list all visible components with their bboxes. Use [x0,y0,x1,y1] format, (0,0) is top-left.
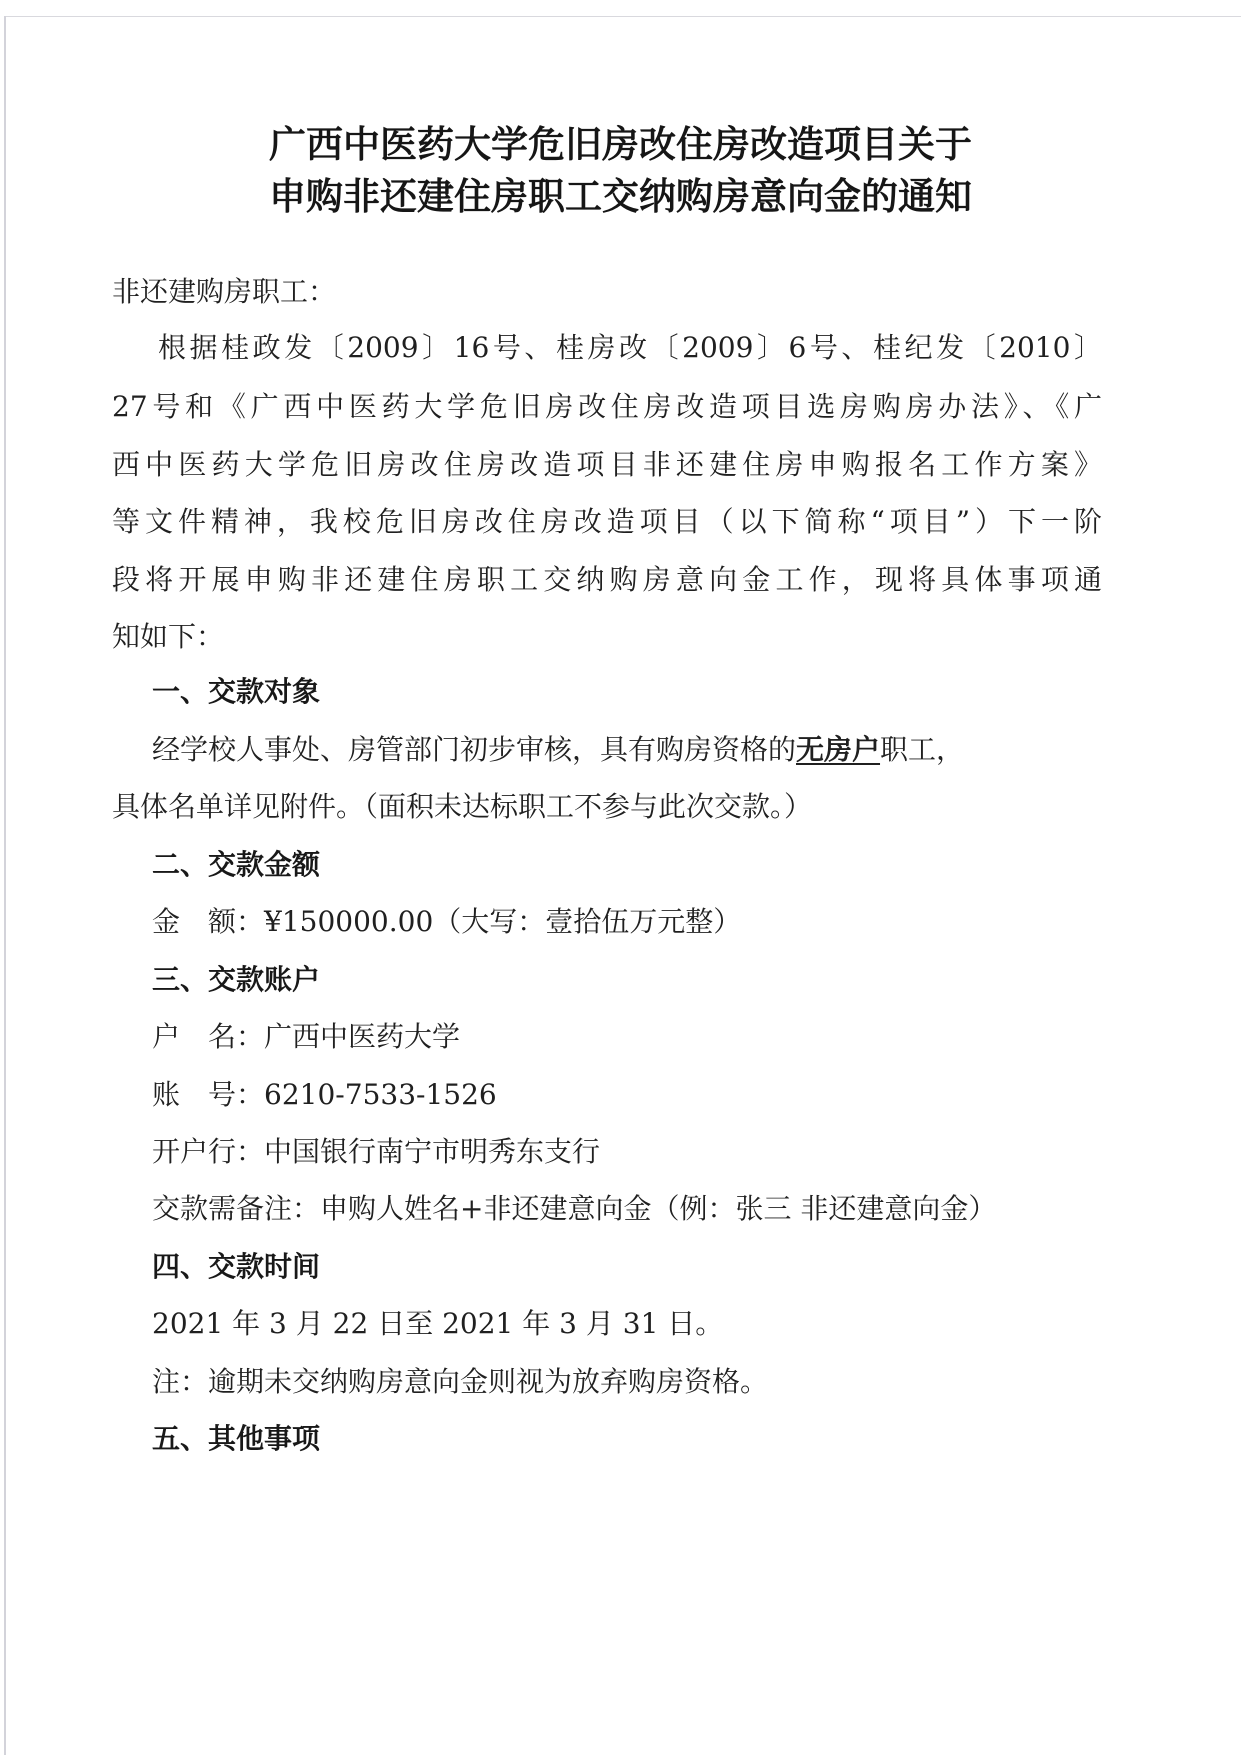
amount-line: 金额：¥150000.00（大写：壹拾伍万元整） [152,902,741,942]
intro-line-1: 根据桂政发〔2009〕16号、桂房改〔2009〕6号、桂纪发〔2010〕 [158,328,1102,368]
account-number-line: 账号：6210-7533-1526 [152,1075,497,1115]
amount-label-b: 额： [208,905,264,938]
intro-line-6: 知如下： [112,617,224,657]
amount-label-a: 金 [152,905,180,938]
section-4-heading: 四、交款时间 [152,1247,320,1287]
account-number-value: 6210-7533-1526 [264,1078,497,1111]
intro-line-5: 段将开展申购非还建住房职工交纳购房意向金工作，现将具体事项通 [112,560,1102,600]
bank-label: 开户行： [152,1135,264,1168]
section-2-heading: 二、交款金额 [152,845,320,885]
payment-period: 2021 年 3 月 22 日至 2021 年 3 月 31 日。 [152,1304,723,1344]
section-5-heading: 五、其他事项 [152,1419,320,1459]
salutation: 非还建购房职工： [112,272,336,312]
intro-line-2: 27号和《广西中医药大学危旧房改住房改造项目选房购房办法》、《广 [112,387,1102,427]
section-3-heading: 三、交款账户 [152,960,320,1000]
no-house-emphasis: 无房户 [796,733,880,766]
section-1-heading: 一、交款对象 [152,672,320,712]
remark-line: 交款需备注：申购人姓名+非还建意向金（例：张三 非还建意向金） [152,1189,996,1229]
payment-note: 注：逾期未交纳购房意向金则视为放弃购房资格。 [152,1362,768,1402]
remark-label: 交款需备注： [152,1192,320,1225]
account-number-label-b: 号： [208,1078,264,1111]
section-1-text-before: 经学校人事处、房管部门初步审核，具有购房资格的 [152,733,796,766]
intro-line-4: 等文件精神，我校危旧房改住房改造项目（以下简称“项目”）下一阶 [112,502,1102,542]
intro-line-3: 西中医药大学危旧房改住房改造项目非还建住房申购报名工作方案》 [112,445,1102,485]
account-name-label-a: 户 [152,1020,180,1053]
page-edge-left [4,16,6,1755]
page-edge-top [4,16,1241,17]
remark-value: 申购人姓名+非还建意向金（例：张三 非还建意向金） [320,1192,996,1225]
bank-value: 中国银行南宁市明秀东支行 [264,1135,600,1168]
account-name-line: 户名：广西中医药大学 [152,1017,460,1057]
bank-line: 开户行：中国银行南宁市明秀东支行 [152,1132,600,1172]
section-1-line-2: 具体名单详见附件。（面积未达标职工不参与此次交款。） [112,787,812,827]
section-1-line-1: 经学校人事处、房管部门初步审核，具有购房资格的无房户职工， [152,730,964,770]
account-name-value: 广西中医药大学 [264,1020,460,1053]
title-line-2: 申购非还建住房职工交纳购房意向金的通知 [0,172,1241,222]
account-name-label-b: 名： [208,1020,264,1053]
account-number-label-a: 账 [152,1078,180,1111]
amount-value: ¥150000.00（大写：壹拾伍万元整） [264,905,741,938]
title-line-1: 广西中医药大学危旧房改住房改造项目关于 [0,120,1241,170]
section-1-text-after: 职工， [880,733,964,766]
